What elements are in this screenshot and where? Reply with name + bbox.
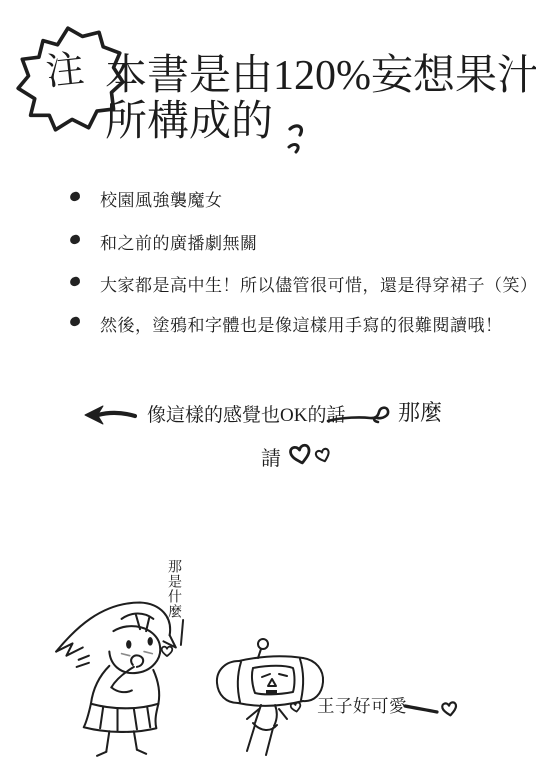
heart-outline-icon: [290, 702, 301, 712]
bullet-dot: [69, 234, 81, 245]
title-squiggle-icon: [282, 121, 314, 161]
curl-line-icon: [326, 402, 390, 430]
prince-caption: 王子好可愛: [317, 693, 407, 718]
page-title-line1: 本書是由120%妄想果汁: [105, 54, 536, 99]
bullet-text: 和之前的廣播劇無關: [100, 229, 258, 254]
bullet-dot: [69, 316, 81, 327]
page-title-line2: 所構成的: [105, 100, 273, 145]
heart-outline-icon: [313, 446, 333, 465]
heart-outline-icon: [287, 442, 314, 467]
heart-outline-icon: [162, 647, 173, 656]
please-label: 請: [261, 442, 281, 471]
left-arrow-icon: [83, 403, 137, 427]
bullet-dot: [69, 191, 81, 202]
bullet-text: 校園風強襲魔女: [100, 186, 223, 211]
bullet-text: 大家都是高中生！所以儘管很可惜，還是得穿裙子（笑）: [100, 271, 536, 296]
girl-speech-text: 那是什麼: [166, 559, 180, 619]
bullet-item: 和之前的廣播劇無關: [70, 229, 258, 254]
bullet-dot: [69, 276, 81, 287]
note-follow-up: 那麼: [398, 396, 442, 427]
note-message: 像這樣的感覺也OK的話: [147, 400, 345, 427]
katamari-prince-drawing: [209, 635, 331, 764]
doujin-note-page: 注 本書是由120%妄想果汁 所構成的 校園風強襲魔女 和之前的廣播劇無關 大家…: [0, 0, 536, 764]
bullet-text: 然後，塗鴉和字體也是像這樣用手寫的很難閱讀哦！: [100, 311, 503, 336]
bullet-item: 大家都是高中生！所以儘管很可惜，還是得穿裙子（笑）: [70, 271, 536, 296]
note-badge-label: 注: [44, 50, 86, 92]
bullet-item: 然後，塗鴉和字體也是像這樣用手寫的很難閱讀哦！: [70, 311, 503, 336]
caption-dash-icon: [403, 702, 439, 716]
bullet-item: 校園風強襲魔女: [70, 186, 223, 211]
heart-outline-icon: [440, 700, 459, 718]
